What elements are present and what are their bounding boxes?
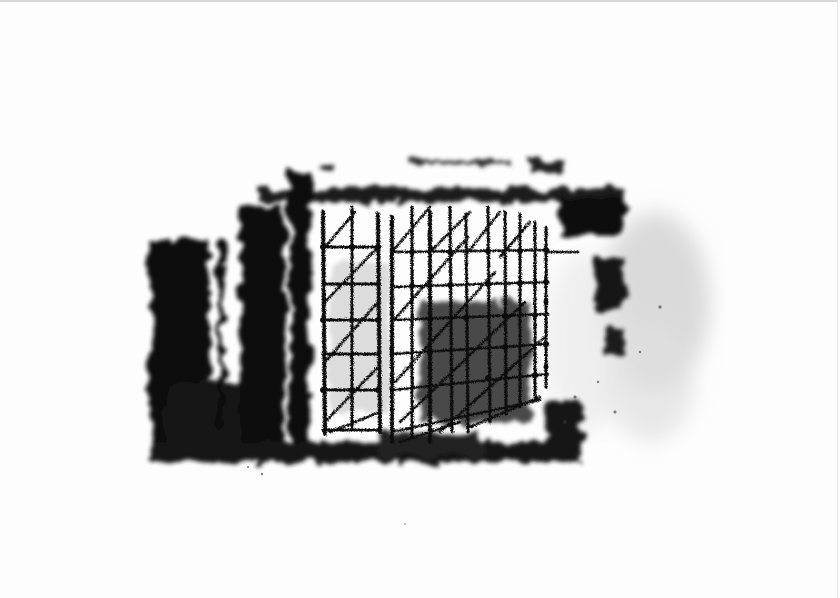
scaffolding-print [0, 2, 840, 598]
paper-sheet: Photocopy transfer print of building sca… [0, 0, 838, 598]
